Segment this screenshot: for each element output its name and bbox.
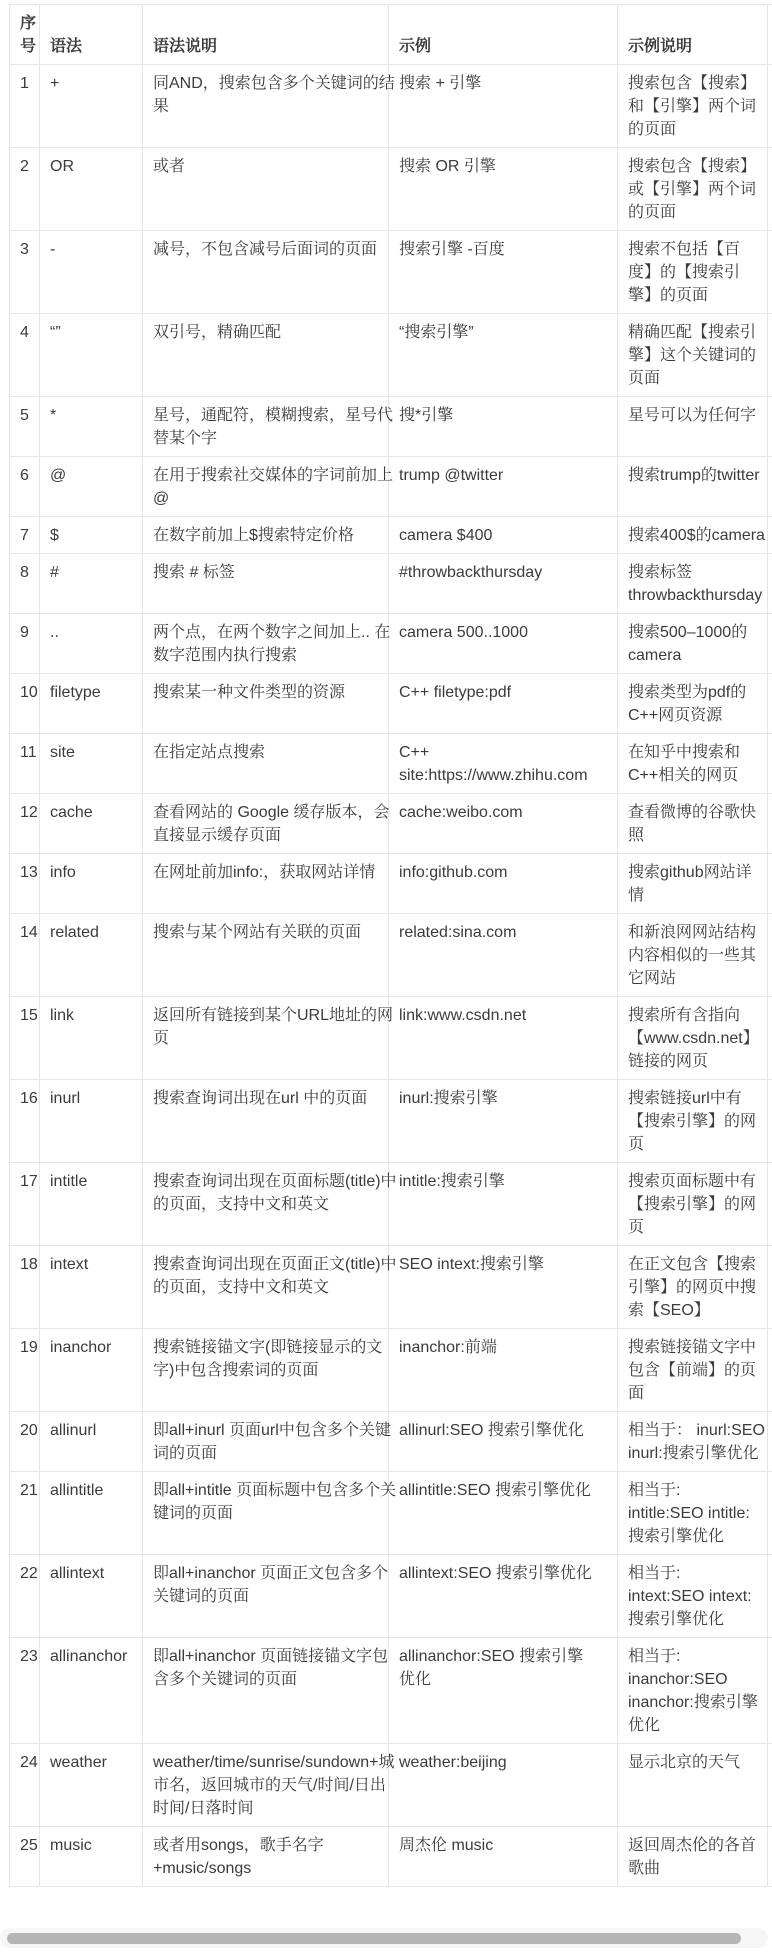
cell-example: SEO intext:搜索引擎 — [389, 1246, 618, 1329]
cell-filler — [768, 457, 772, 517]
cell-num: 15 — [10, 997, 40, 1080]
cell-syntax-desc: 星号，通配符，模糊搜索，星号代 替某个字 — [143, 397, 389, 457]
table-row-20: 20allinurl即all+inurl 页面url中包含多个关键 词的页面al… — [10, 1412, 772, 1472]
cell-example-desc: 返回周杰伦的各首 歌曲 — [618, 1827, 768, 1887]
cell-num: 7 — [10, 517, 40, 554]
cell-syntax-desc: 在用于搜索社交媒体的字词前加上 @ — [143, 457, 389, 517]
cell-num: 20 — [10, 1412, 40, 1472]
cell-syntax-desc: 在指定站点搜索 — [143, 734, 389, 794]
cell-num: 23 — [10, 1638, 40, 1744]
cell-syntax: - — [40, 231, 143, 314]
cell-syntax-desc: 在网址前加info:，获取网站详情 — [143, 854, 389, 914]
column-header-example-desc: 示例说明 — [618, 5, 768, 65]
cell-num: 10 — [10, 674, 40, 734]
cell-example: #throwbackthursday — [389, 554, 618, 614]
cell-example-desc: 搜索链接锚文字中 包含【前端】的页 面 — [618, 1329, 768, 1412]
cell-example: inurl:搜索引擎 — [389, 1080, 618, 1163]
horizontal-scrollbar-thumb[interactable] — [7, 1933, 741, 1944]
cell-num: 8 — [10, 554, 40, 614]
cell-example-desc: 搜索所有含指向 【www.csdn.net】 链接的网页 — [618, 997, 768, 1080]
cell-syntax: allinurl — [40, 1412, 143, 1472]
table-row-4: 4“”双引号，精确匹配“搜索引擎”精确匹配【搜索引 擎】这个关键词的 页面 — [10, 314, 772, 397]
cell-example-desc: 相当于: inanchor:SEO inanchor:搜索引擎 优化 — [618, 1638, 768, 1744]
cell-num: 18 — [10, 1246, 40, 1329]
cell-example: weather:beijing — [389, 1744, 618, 1827]
cell-example-desc: 搜索类型为pdf的 C++网页资源 — [618, 674, 768, 734]
cell-example-desc: 精确匹配【搜索引 擎】这个关键词的 页面 — [618, 314, 768, 397]
cell-example-desc: 在知乎中搜索和 C++相关的网页 — [618, 734, 768, 794]
cell-example-desc: 显示北京的天气 — [618, 1744, 768, 1827]
cell-example: C++ site:https://www.zhihu.com — [389, 734, 618, 794]
cell-filler — [768, 1472, 772, 1555]
cell-example: cache:weibo.com — [389, 794, 618, 854]
cell-example-desc: 在正文包含【搜索 引擎】的网页中搜 索【SEO】 — [618, 1246, 768, 1329]
cell-example-desc: 搜索500–1000的 camera — [618, 614, 768, 674]
cell-syntax: site — [40, 734, 143, 794]
cell-syntax-desc: 搜索某一种文件类型的资源 — [143, 674, 389, 734]
cell-example-desc: 查看微博的谷歌快 照 — [618, 794, 768, 854]
cell-filler — [768, 854, 772, 914]
cell-filler — [768, 1827, 772, 1887]
cell-num: 16 — [10, 1080, 40, 1163]
table-row-9: 9..两个点，在两个数字之间加上.. 在 数字范围内执行搜索camera 500… — [10, 614, 772, 674]
cell-example: allinanchor:SEO 搜索引擎 优化 — [389, 1638, 618, 1744]
cell-filler — [768, 674, 772, 734]
cell-filler — [768, 517, 772, 554]
cell-example: related:sina.com — [389, 914, 618, 997]
cell-syntax-desc: 两个点，在两个数字之间加上.. 在 数字范围内执行搜索 — [143, 614, 389, 674]
cell-example: “搜索引擎” — [389, 314, 618, 397]
cell-num: 11 — [10, 734, 40, 794]
cell-filler — [768, 914, 772, 997]
cell-num: 21 — [10, 1472, 40, 1555]
cell-syntax-desc: 搜索查询词出现在页面正文(title)中 的页面，支持中文和英文 — [143, 1246, 389, 1329]
column-header-filler — [768, 5, 772, 65]
cell-syntax: filetype — [40, 674, 143, 734]
cell-example: inanchor:前端 — [389, 1329, 618, 1412]
cell-example: camera 500..1000 — [389, 614, 618, 674]
cell-filler — [768, 1638, 772, 1744]
cell-num: 19 — [10, 1329, 40, 1412]
cell-syntax-desc: 搜索查询词出现在页面标题(title)中 的页面，支持中文和英文 — [143, 1163, 389, 1246]
cell-syntax-desc: 或者 — [143, 148, 389, 231]
cell-example-desc: 搜索400$的camera — [618, 517, 768, 554]
cell-syntax: intitle — [40, 1163, 143, 1246]
cell-filler — [768, 314, 772, 397]
cell-filler — [768, 614, 772, 674]
table-row-21: 21allintitle即all+intitle 页面标题中包含多个关 键词的页… — [10, 1472, 772, 1555]
cell-syntax-desc: 搜索链接锚文字(即链接显示的文 字)中包含搜索词的页面 — [143, 1329, 389, 1412]
cell-example-desc: 搜索trump的twitter — [618, 457, 768, 517]
cell-syntax-desc: 同AND，搜索包含多个关键词的结 果 — [143, 65, 389, 148]
table-row-7: 7$在数字前加上$搜索特定价格camera $400搜索400$的camera — [10, 517, 772, 554]
table-row-25: 25music或者用songs，歌手名字 +music/songs周杰伦 mus… — [10, 1827, 772, 1887]
table-row-13: 13info在网址前加info:，获取网站详情info:github.com搜索… — [10, 854, 772, 914]
cell-syntax-desc: 搜索查询词出现在url 中的页面 — [143, 1080, 389, 1163]
cell-syntax-desc: 查看网站的 Google 缓存版本，会 直接显示缓存页面 — [143, 794, 389, 854]
cell-syntax: + — [40, 65, 143, 148]
horizontal-scrollbar-track[interactable] — [0, 1928, 768, 1948]
cell-syntax: intext — [40, 1246, 143, 1329]
cell-syntax: inanchor — [40, 1329, 143, 1412]
table-row-12: 12cache查看网站的 Google 缓存版本，会 直接显示缓存页面cache… — [10, 794, 772, 854]
cell-example: trump @twitter — [389, 457, 618, 517]
table-row-17: 17intitle搜索查询词出现在页面标题(title)中 的页面，支持中文和英… — [10, 1163, 772, 1246]
cell-example: 周杰伦 music — [389, 1827, 618, 1887]
cell-filler — [768, 1246, 772, 1329]
table-row-8: 8#搜索 # 标签#throwbackthursday搜索标签 throwbac… — [10, 554, 772, 614]
table-row-5: 5*星号，通配符，模糊搜索，星号代 替某个字搜*引擎星号可以为任何字 — [10, 397, 772, 457]
cell-syntax: OR — [40, 148, 143, 231]
cell-syntax-desc: 搜索 # 标签 — [143, 554, 389, 614]
cell-filler — [768, 554, 772, 614]
cell-syntax: weather — [40, 1744, 143, 1827]
cell-num: 2 — [10, 148, 40, 231]
cell-filler — [768, 1744, 772, 1827]
column-header-num: 序 号 — [10, 5, 40, 65]
cell-syntax: cache — [40, 794, 143, 854]
cell-filler — [768, 1329, 772, 1412]
cell-example: intitle:搜索引擎 — [389, 1163, 618, 1246]
cell-example-desc: 搜索github网站详 情 — [618, 854, 768, 914]
table-row-24: 24weatherweather/time/sunrise/sundown+城 … — [10, 1744, 772, 1827]
cell-filler — [768, 997, 772, 1080]
table-row-16: 16inurl搜索查询词出现在url 中的页面inurl:搜索引擎搜索链接url… — [10, 1080, 772, 1163]
cell-example-desc: 搜索页面标题中有 【搜索引擎】的网 页 — [618, 1163, 768, 1246]
cell-filler — [768, 397, 772, 457]
cell-syntax-desc: 返回所有链接到某个URL地址的网 页 — [143, 997, 389, 1080]
cell-num: 14 — [10, 914, 40, 997]
cell-num: 13 — [10, 854, 40, 914]
cell-example: allintitle:SEO 搜索引擎优化 — [389, 1472, 618, 1555]
header-row: 序 号 语法 语法说明 示例 示例说明 — [10, 5, 772, 65]
table-row-10: 10filetype搜索某一种文件类型的资源C++ filetype:pdf搜索… — [10, 674, 772, 734]
page: { "colors": { "text": "#3b3b3b", "border… — [0, 0, 772, 1953]
cell-syntax: @ — [40, 457, 143, 517]
cell-example-desc: 相当于： inurl:SEO inurl:搜索引擎优化 — [618, 1412, 768, 1472]
cell-num: 25 — [10, 1827, 40, 1887]
cell-syntax: allintext — [40, 1555, 143, 1638]
cell-example: allintext:SEO 搜索引擎优化 — [389, 1555, 618, 1638]
column-header-syntax-desc: 语法说明 — [143, 5, 389, 65]
cell-example: info:github.com — [389, 854, 618, 914]
cell-syntax-desc: 或者用songs，歌手名字 +music/songs — [143, 1827, 389, 1887]
table-row-14: 14related搜索与某个网站有关联的页面related:sina.com和新… — [10, 914, 772, 997]
cell-example-desc: 星号可以为任何字 — [618, 397, 768, 457]
cell-example-desc: 搜索链接url中有 【搜索引擎】的网 页 — [618, 1080, 768, 1163]
cell-filler — [768, 231, 772, 314]
cell-syntax: $ — [40, 517, 143, 554]
cell-syntax: allintitle — [40, 1472, 143, 1555]
cell-num: 3 — [10, 231, 40, 314]
table-row-2: 2OR或者搜索 OR 引擎搜索包含【搜索】 或【引擎】两个词 的页面 — [10, 148, 772, 231]
cell-filler — [768, 1412, 772, 1472]
cell-syntax-desc: 即all+inurl 页面url中包含多个关键 词的页面 — [143, 1412, 389, 1472]
column-header-syntax: 语法 — [40, 5, 143, 65]
cell-num: 1 — [10, 65, 40, 148]
cell-example: 搜索 + 引擎 — [389, 65, 618, 148]
cell-syntax-desc: 减号，不包含减号后面词的页面 — [143, 231, 389, 314]
cell-syntax: # — [40, 554, 143, 614]
table-row-11: 11site在指定站点搜索C++ site:https://www.zhihu.… — [10, 734, 772, 794]
cell-num: 22 — [10, 1555, 40, 1638]
cell-example: camera $400 — [389, 517, 618, 554]
table-row-15: 15link返回所有链接到某个URL地址的网 页link:www.csdn.ne… — [10, 997, 772, 1080]
cell-example: 搜索引擎 -百度 — [389, 231, 618, 314]
cell-syntax: inurl — [40, 1080, 143, 1163]
cell-filler — [768, 1080, 772, 1163]
cell-filler — [768, 734, 772, 794]
cell-filler — [768, 65, 772, 148]
cell-num: 17 — [10, 1163, 40, 1246]
cell-example: 搜索 OR 引擎 — [389, 148, 618, 231]
cell-syntax: allinanchor — [40, 1638, 143, 1744]
cell-syntax-desc: weather/time/sunrise/sundown+城 市名，返回城市的天… — [143, 1744, 389, 1827]
cell-num: 24 — [10, 1744, 40, 1827]
table-row-3: 3-减号，不包含减号后面词的页面搜索引擎 -百度搜索不包括【百 度】的【搜索引 … — [10, 231, 772, 314]
cell-syntax: related — [40, 914, 143, 997]
table-row-22: 22allintext即all+inanchor 页面正文包含多个 关键词的页面… — [10, 1555, 772, 1638]
cell-filler — [768, 794, 772, 854]
cell-example-desc: 搜索包含【搜索】 和【引擎】两个词 的页面 — [618, 65, 768, 148]
cell-example-desc: 相当于: intext:SEO intext: 搜索引擎优化 — [618, 1555, 768, 1638]
cell-syntax-desc: 在数字前加上$搜索特定价格 — [143, 517, 389, 554]
table-row-23: 23allinanchor即all+inanchor 页面链接锚文字包 含多个关… — [10, 1638, 772, 1744]
cell-syntax: * — [40, 397, 143, 457]
cell-filler — [768, 148, 772, 231]
cell-syntax-desc: 搜索与某个网站有关联的页面 — [143, 914, 389, 997]
table-row-18: 18intext搜索查询词出现在页面正文(title)中 的页面，支持中文和英文… — [10, 1246, 772, 1329]
cell-num: 6 — [10, 457, 40, 517]
cell-example-desc: 搜索包含【搜索】 或【引擎】两个词 的页面 — [618, 148, 768, 231]
cell-syntax-desc: 即all+intitle 页面标题中包含多个关 键词的页面 — [143, 1472, 389, 1555]
cell-syntax-desc: 即all+inanchor 页面正文包含多个 关键词的页面 — [143, 1555, 389, 1638]
cell-example: 搜*引擎 — [389, 397, 618, 457]
table-row-19: 19inanchor搜索链接锚文字(即链接显示的文 字)中包含搜索词的页面ina… — [10, 1329, 772, 1412]
column-header-example: 示例 — [389, 5, 618, 65]
cell-num: 9 — [10, 614, 40, 674]
cell-syntax: info — [40, 854, 143, 914]
cell-example: link:www.csdn.net — [389, 997, 618, 1080]
search-syntax-table: 序 号 语法 语法说明 示例 示例说明 1+同AND，搜索包含多个关键词的结 果… — [9, 4, 772, 1887]
cell-syntax-desc: 双引号，精确匹配 — [143, 314, 389, 397]
cell-syntax: link — [40, 997, 143, 1080]
cell-example-desc: 和新浪网网站结构 内容相似的一些其 它网站 — [618, 914, 768, 997]
cell-syntax: music — [40, 1827, 143, 1887]
cell-example-desc: 相当于: intitle:SEO intitle: 搜索引擎优化 — [618, 1472, 768, 1555]
cell-syntax: .. — [40, 614, 143, 674]
table-row-1: 1+同AND，搜索包含多个关键词的结 果搜索 + 引擎搜索包含【搜索】 和【引擎… — [10, 65, 772, 148]
cell-filler — [768, 1555, 772, 1638]
cell-num: 5 — [10, 397, 40, 457]
cell-example: allinurl:SEO 搜索引擎优化 — [389, 1412, 618, 1472]
cell-example-desc: 搜索标签 throwbackthursday — [618, 554, 768, 614]
table-row-6: 6@在用于搜索社交媒体的字词前加上 @trump @twitter搜索trump… — [10, 457, 772, 517]
cell-example-desc: 搜索不包括【百 度】的【搜索引 擎】的页面 — [618, 231, 768, 314]
cell-syntax: “” — [40, 314, 143, 397]
cell-filler — [768, 1163, 772, 1246]
cell-num: 4 — [10, 314, 40, 397]
cell-syntax-desc: 即all+inanchor 页面链接锚文字包 含多个关键词的页面 — [143, 1638, 389, 1744]
cell-num: 12 — [10, 794, 40, 854]
cell-example: C++ filetype:pdf — [389, 674, 618, 734]
table-scroll-container[interactable]: 序 号 语法 语法说明 示例 示例说明 1+同AND，搜索包含多个关键词的结 果… — [0, 0, 772, 1916]
